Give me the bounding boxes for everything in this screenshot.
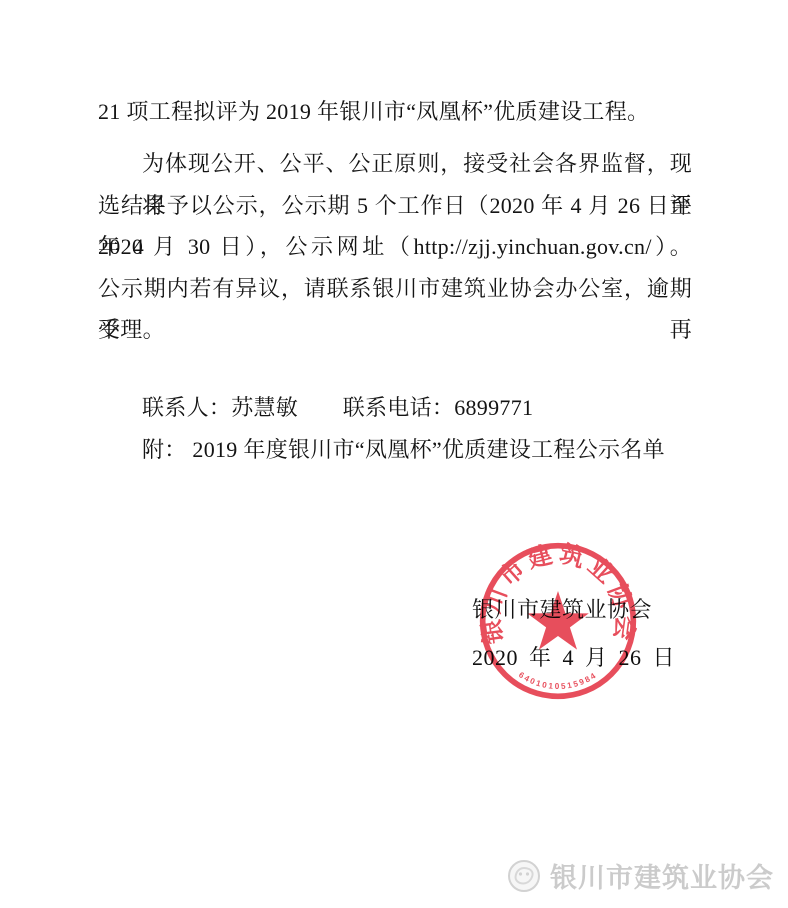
body-line: 选结果予以公示，公示期 5 个工作日（2020 年 4 月 26 日至 2020: [98, 185, 692, 227]
attachment-line: 附： 2019 年度银川市“凤凰杯”优质建设工程公示名单: [98, 429, 692, 471]
paragraph-first: 21 项工程拟评为 2019 年银川市“凤凰杯”优质建设工程。: [98, 91, 692, 133]
body-line: 21 项工程拟评为 2019 年银川市“凤凰杯”优质建设工程。: [98, 91, 692, 133]
body-line: 为体现公开、公平、公正原则，接受社会各界监督，现将评: [98, 143, 692, 185]
body-line: 公示期内若有异议，请联系银川市建筑业协会办公室，逾期不再: [98, 268, 692, 310]
seal-star-icon: [527, 591, 589, 650]
footer-watermark: 银川市建筑业协会: [507, 856, 774, 895]
footer-watermark-text: 银川市建筑业协会: [550, 856, 774, 895]
document-page: 21 项工程拟评为 2019 年银川市“凤凰杯”优质建设工程。 为体现公开、公平…: [0, 0, 788, 908]
account-avatar-icon: [507, 859, 541, 893]
body-line: 年 4 月 30 日），公示网址（http://zjj.yinchuan.gov…: [98, 226, 692, 268]
contact-line: 联系人：苏慧敏 联系电话：6899771: [98, 387, 692, 429]
paragraph-second: 为体现公开、公平、公正原则，接受社会各界监督，现将评 选结果予以公示，公示期 5…: [98, 143, 692, 351]
official-seal-graphic: 银川市建筑业协会 6401010515984: [477, 540, 639, 702]
contact-block: 联系人：苏慧敏 联系电话：6899771 附： 2019 年度银川市“凤凰杯”优…: [98, 387, 692, 470]
official-seal: 银川市建筑业协会 6401010515984: [477, 540, 639, 702]
